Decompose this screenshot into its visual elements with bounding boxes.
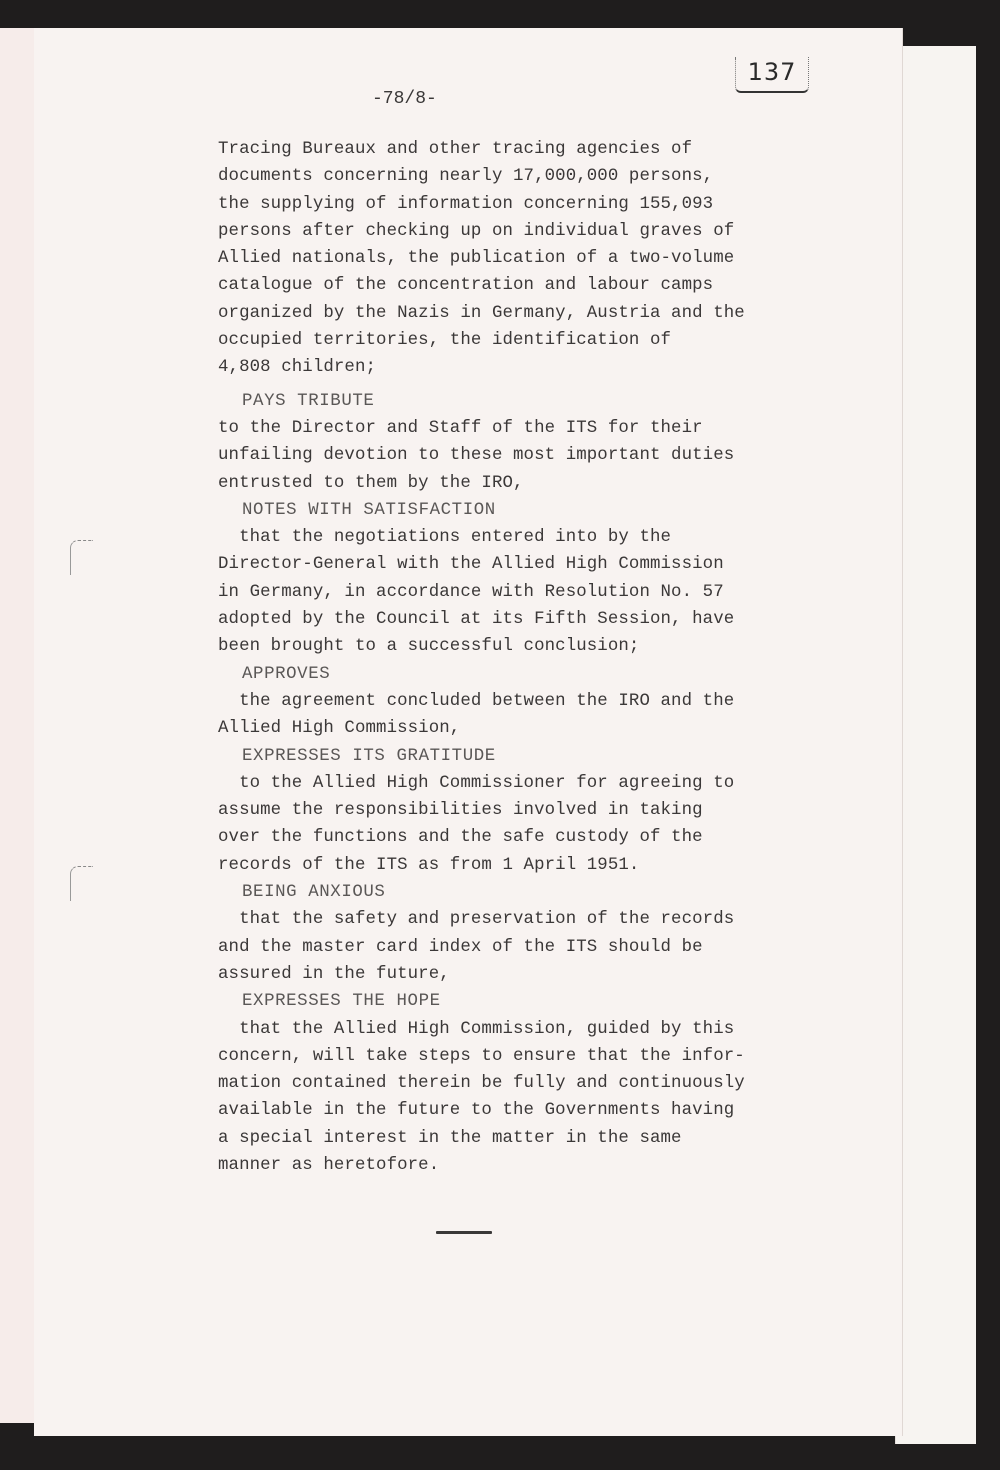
text-line: catalogue of the concentration and labou…: [218, 272, 778, 299]
end-rule-divider: [436, 1231, 492, 1234]
text-line: assume the responsibilities involved in …: [218, 797, 778, 824]
text-line: that the safety and preservation of the …: [218, 906, 778, 933]
resolution-clause-heading: APPROVES: [218, 661, 778, 688]
resolution-clause-heading: EXPRESSES THE HOPE: [218, 988, 778, 1015]
text-line: organized by the Nazis in Germany, Austr…: [218, 300, 778, 327]
resolution-clause-heading: EXPRESSES ITS GRATITUDE: [218, 743, 778, 770]
text-line: to the Allied High Commissioner for agre…: [218, 770, 778, 797]
text-line: occupied territories, the identification…: [218, 327, 778, 354]
archive-page-stamp: 137: [735, 57, 809, 93]
text-line: that the Allied High Commission, guided …: [218, 1016, 778, 1043]
text-line: records of the ITS as from 1 April 1951.: [218, 852, 778, 879]
text-line: that the negotiations entered into by th…: [218, 524, 778, 551]
text-line: Director-General with the Allied High Co…: [218, 551, 778, 578]
text-line: Allied High Commission,: [218, 715, 778, 742]
text-line: been brought to a successful conclusion;: [218, 633, 778, 660]
resolution-clause-heading: PAYS TRIBUTE: [218, 388, 778, 415]
adjacent-left-page: [0, 28, 35, 1423]
binding-mark: [70, 540, 93, 575]
text-line: assured in the future,: [218, 961, 778, 988]
text-line: manner as heretofore.: [218, 1152, 778, 1179]
text-line: the supplying of information concerning …: [218, 191, 778, 218]
text-line: in Germany, in accordance with Resolutio…: [218, 579, 778, 606]
text-line: a special interest in the matter in the …: [218, 1125, 778, 1152]
text-line: persons after checking up on individual …: [218, 218, 778, 245]
text-line: available in the future to the Governmen…: [218, 1097, 778, 1124]
page-number-label: -78/8-: [372, 89, 437, 109]
text-line: 4,808 children;: [218, 354, 778, 381]
text-line: over the functions and the safe custody …: [218, 824, 778, 851]
text-line: to the Director and Staff of the ITS for…: [218, 415, 778, 442]
text-line: mation contained therein be fully and co…: [218, 1070, 778, 1097]
resolution-clause-heading: NOTES WITH SATISFACTION: [218, 497, 778, 524]
document-body: Tracing Bureaux and other tracing agenci…: [218, 136, 778, 1179]
resolution-clause-heading: BEING ANXIOUS: [218, 879, 778, 906]
text-line: adopted by the Council at its Fifth Sess…: [218, 606, 778, 633]
text-line: concern, will take steps to ensure that …: [218, 1043, 778, 1070]
underlying-page-edge: [895, 46, 976, 1444]
text-line: and the master card index of the ITS sho…: [218, 934, 778, 961]
text-line: Tracing Bureaux and other tracing agenci…: [218, 136, 778, 163]
text-line: Allied nationals, the publication of a t…: [218, 245, 778, 272]
binding-mark: [70, 866, 93, 901]
text-line: the agreement concluded between the IRO …: [218, 688, 778, 715]
text-line: entrusted to them by the IRO,: [218, 470, 778, 497]
text-line: documents concerning nearly 17,000,000 p…: [218, 163, 778, 190]
text-line: unfailing devotion to these most importa…: [218, 442, 778, 469]
